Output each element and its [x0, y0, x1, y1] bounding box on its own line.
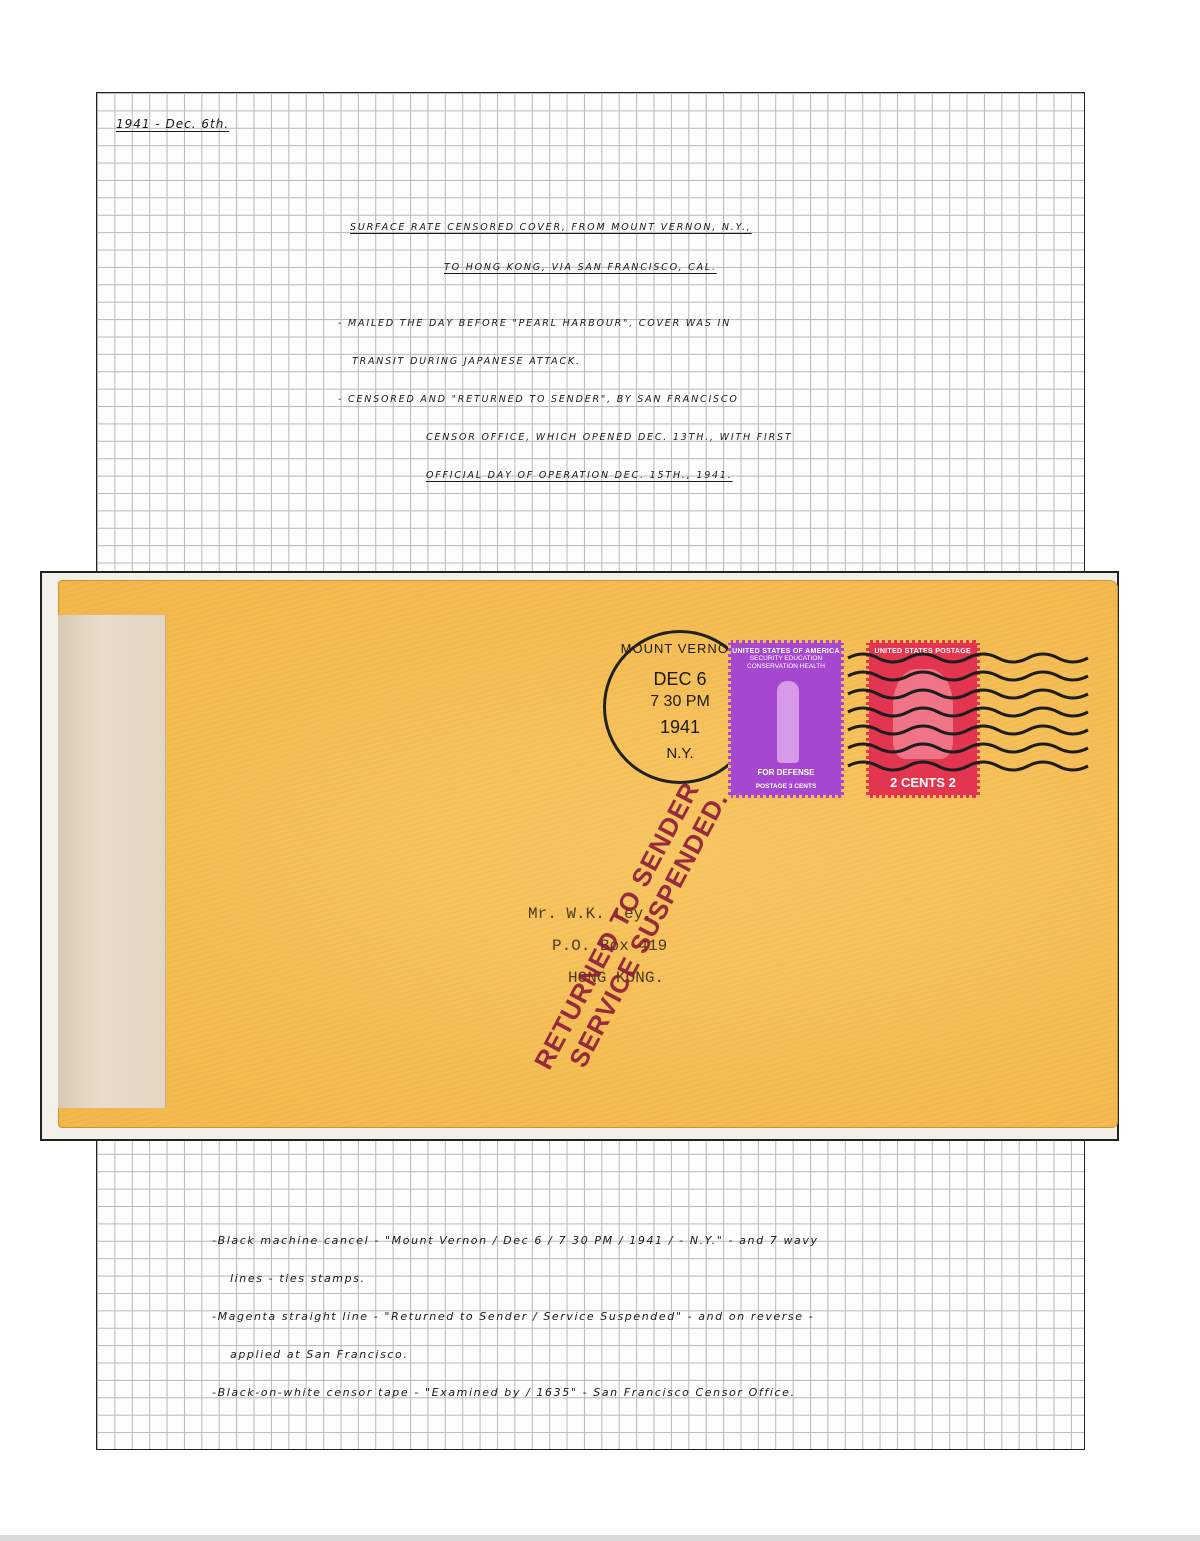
description-line-2: lines - ties stamps. [230, 1272, 366, 1285]
note-line-4: censor office, which opened Dec. 13th., … [426, 432, 793, 443]
page-edge [0, 1535, 1200, 1541]
description-line-4: applied at San Francisco. [230, 1348, 408, 1361]
page-date: 1941 - Dec. 6th. [116, 117, 229, 131]
note-line-5: official day of operation Dec. 15th., 19… [426, 470, 733, 481]
title-line-2: to Hong Kong, via San Francisco, Cal. [444, 262, 717, 273]
description-line-1: -Black machine cancel - "Mount Vernon / … [212, 1234, 819, 1247]
note-line-3: - Censored and "Returned to Sender", by … [338, 394, 739, 405]
note-line-1: - Mailed the day before "Pearl Harbour",… [338, 318, 731, 329]
wavy-cancel-lines [728, 640, 1118, 790]
note-line-2: transit during Japanese attack. [352, 356, 581, 367]
description-line-5: -Black-on-white censor tape - "Examined … [212, 1386, 796, 1399]
description-line-3: -Magenta straight line - "Returned to Se… [212, 1310, 814, 1323]
censor-tape [58, 615, 166, 1108]
title-line-1: Surface rate censored cover, from Mount … [350, 222, 752, 233]
envelope: MOUNT VERNON DEC 6 7 30 PM 1941 N.Y. UNI… [58, 580, 1118, 1128]
